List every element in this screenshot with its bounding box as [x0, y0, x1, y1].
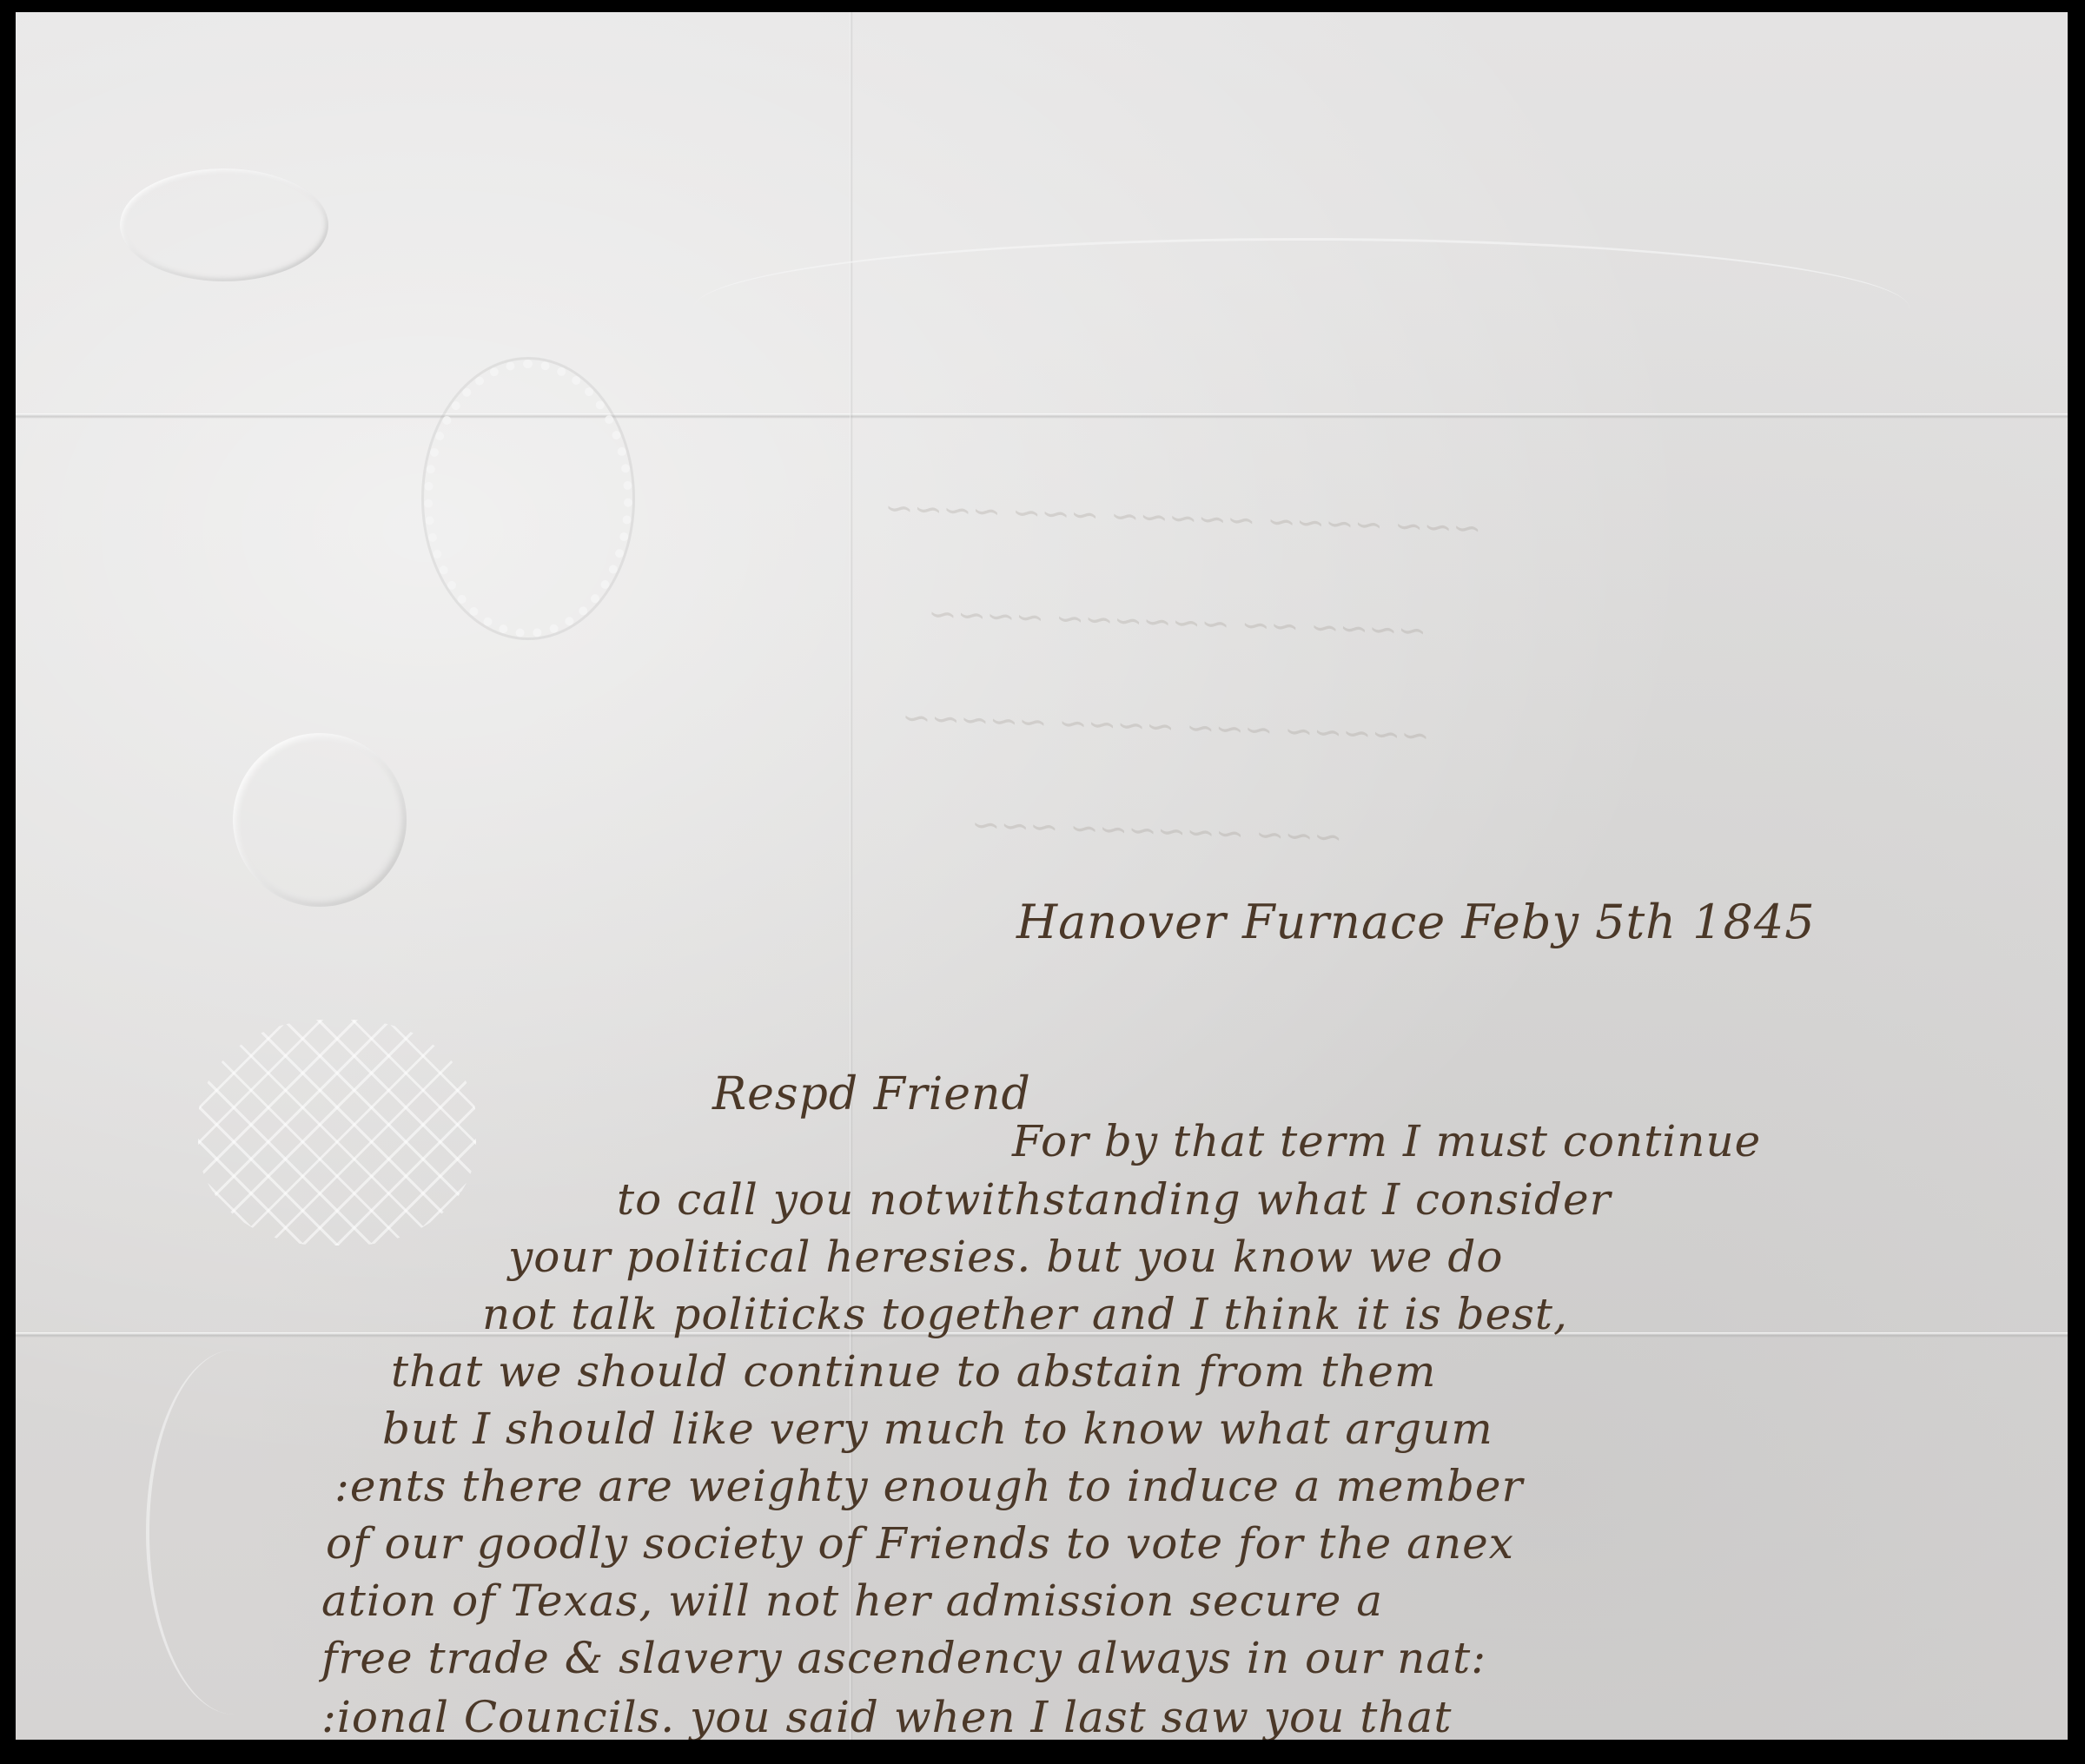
letter-body-line: :ents there are weighty enough to induce…	[334, 1461, 1523, 1511]
embossed-scroll-header-icon	[693, 238, 1910, 380]
letter-dateline: Hanover Furnace Feby 5th 1845	[1016, 895, 1816, 949]
embossed-seal-icon	[120, 168, 328, 281]
letter-body-line: free trade & slavery ascendency always i…	[321, 1633, 1486, 1683]
bleed-through-text: ~~~ ~~~~~~ ~~~	[970, 805, 1343, 858]
letter-body-line: For by that term I must continue	[1012, 1116, 1761, 1166]
letter-body-line: but I should like very much to know what…	[382, 1404, 1493, 1454]
embossed-lattice-ornament-icon	[198, 1020, 476, 1245]
letter-body-line: of our goodly society of Friends to vote…	[326, 1518, 1514, 1569]
letter-body-line: ation of Texas, will not her admission s…	[321, 1576, 1383, 1626]
embossed-flourish-icon	[146, 1350, 323, 1714]
bleed-through-text: ~~~~ ~~ ~~~~~~ ~~~~	[927, 594, 1427, 651]
letter-salutation: Respd Friend	[712, 1068, 1031, 1120]
black-border-bottom	[0, 1740, 2085, 1764]
letter-body-line: your political heresies. but you know we…	[508, 1232, 1504, 1282]
embossed-portrait-medallion-icon	[424, 360, 632, 638]
embossed-globe-icon	[233, 733, 407, 907]
letter-body-line: not talk politicks together and I think …	[482, 1289, 1568, 1339]
fold-line-horizontal	[16, 413, 2068, 419]
letter-body-line: :ional Councils. you said when I last sa…	[321, 1692, 1452, 1742]
letter-body-line: that we should continue to abstain from …	[391, 1346, 1436, 1397]
bleed-through-text: ~~~~~ ~~~ ~~~~ ~~~~~	[901, 697, 1430, 756]
letter-body-line: to call you notwithstanding what I consi…	[617, 1174, 1611, 1225]
bleed-through-text: ~~~ ~~~~ ~~~~~ ~~~ ~~~~	[884, 488, 1482, 549]
